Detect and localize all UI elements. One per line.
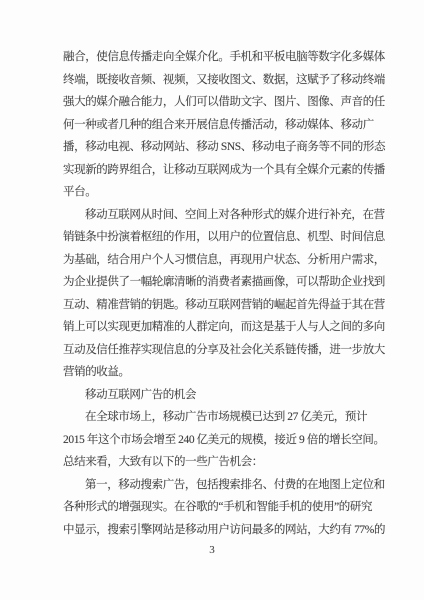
body-line: 强大的媒介融合能力，人们可以借助文字、图片、图像、声音的任 <box>63 91 393 114</box>
page-number: 3 <box>0 544 424 556</box>
body-line: 销上可以实现更加精准的人群定向，而这是基于人与人之间的多向 <box>63 316 393 339</box>
section-heading: 移动互联网广告的机会 <box>63 384 393 407</box>
body-line: 为基础，结合用户个人习惯信息，再现用户状态、分析用户需求， <box>63 249 393 272</box>
body-line: 平台。 <box>63 181 393 204</box>
body-line: 融合，使信息传播走向全媒介化。手机和平板电脑等数字化多媒体 <box>63 46 393 69</box>
body-line: 终端，既接收音频、视频，又接收图文、数据，这赋予了移动终端 <box>63 69 393 92</box>
body-line: 总结来看，大致有以下的一些广告机会： <box>63 451 393 474</box>
body-line: 营销的收益。 <box>63 361 393 384</box>
body-line: 第一，移动搜索广告，包括搜索排名、付费的在地图上定位和 <box>63 474 393 497</box>
body-line: 在全球市场上，移动广告市场规模已达到 27 亿美元，预计 <box>63 406 393 429</box>
body-line: 互动及信任推荐实现信息的分享及社会化关系链传播，进一步放大 <box>63 339 393 362</box>
body-line: 为企业提供了一幅轮廓清晰的消费者素描画像，可以帮助企业找到 <box>63 271 393 294</box>
body-line: 互动、精准营销的钥匙。移动互联网营销的崛起首先得益于其在营 <box>63 294 393 317</box>
paragraph-market-size: 在全球市场上，移动广告市场规模已达到 27 亿美元，预计 2015 年这个市场会… <box>63 406 393 474</box>
body-line: 移动互联网从时间、空间上对各种形式的媒介进行补充，在营 <box>63 204 393 227</box>
body-line: 中显示，搜索引擎网站是移动用户访问最多的网站，大约有 77%的 <box>63 519 393 542</box>
body-line: 实现新的跨界组合，让移动互联网成为一个具有全媒介元素的传播 <box>63 159 393 182</box>
body-line: 2015 年这个市场会增至 240 亿美元的规模，接近 9 倍的增长空间。 <box>63 429 393 452</box>
document-page: 融合，使信息传播走向全媒介化。手机和平板电脑等数字化多媒体 终端，既接收音频、视… <box>0 0 424 600</box>
body-line: 销链条中扮演着枢纽的作用，以用户的位置信息、机型、时间信息 <box>63 226 393 249</box>
paragraph-media-convergence: 融合，使信息传播走向全媒介化。手机和平板电脑等数字化多媒体 终端，既接收音频、视… <box>63 46 393 204</box>
body-line: 各种形式的增强现实。在谷歌的“手机和智能手机的使用”的研究 <box>63 496 393 519</box>
paragraph-search-ads: 第一，移动搜索广告，包括搜索排名、付费的在地图上定位和 各种形式的增强现实。在谷… <box>63 474 393 542</box>
paragraph-precision-marketing: 移动互联网从时间、空间上对各种形式的媒介进行补充，在营 销链条中扮演着枢纽的作用… <box>63 204 393 384</box>
body-line: 播，移动电视、移动网站、移动 SNS、移动电子商务等不同的形态 <box>63 136 393 159</box>
document-body: 融合，使信息传播走向全媒介化。手机和平板电脑等数字化多媒体 终端，既接收音频、视… <box>63 46 393 541</box>
body-line: 何一种或者几种的组合来开展信息传播活动，移动媒体、移动广 <box>63 114 393 137</box>
